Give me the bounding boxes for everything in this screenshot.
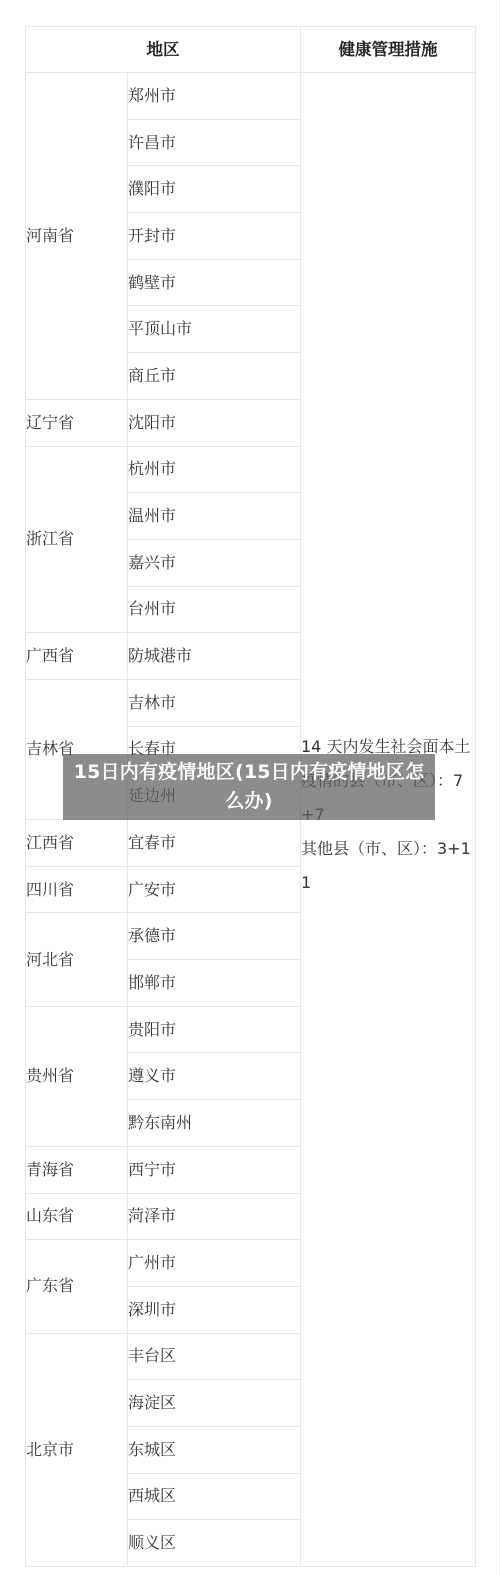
province-cell: 广西省 xyxy=(26,633,128,680)
city-cell: 温州市 xyxy=(128,493,301,540)
city-cell: 台州市 xyxy=(128,586,301,633)
province-cell: 浙江省 xyxy=(26,446,128,633)
table-header-row: 地区 健康管理措施 xyxy=(26,27,476,73)
province-cell: 江西省 xyxy=(26,820,128,867)
city-cell: 嘉兴市 xyxy=(128,539,301,586)
province-cell: 北京市 xyxy=(26,1333,128,1566)
city-cell: 宜春市 xyxy=(128,820,301,867)
city-cell: 平顶山市 xyxy=(128,306,301,353)
city-cell: 濮阳市 xyxy=(128,166,301,213)
city-cell: 丰台区 xyxy=(128,1333,301,1380)
city-cell: 贵阳市 xyxy=(128,1006,301,1053)
city-cell: 遵义市 xyxy=(128,1053,301,1100)
city-cell: 许昌市 xyxy=(128,119,301,166)
city-cell: 深圳市 xyxy=(128,1286,301,1333)
header-measures: 健康管理措施 xyxy=(301,27,476,73)
city-cell: 海淀区 xyxy=(128,1380,301,1427)
province-cell: 山东省 xyxy=(26,1193,128,1240)
city-cell: 西宁市 xyxy=(128,1146,301,1193)
city-cell: 广州市 xyxy=(128,1240,301,1287)
city-cell: 郑州市 xyxy=(128,73,301,120)
city-cell: 菏泽市 xyxy=(128,1193,301,1240)
table-row: 河南省郑州市14 天内发生社会面本土疫情的县（市、区）：7+7 其他县（市、区）… xyxy=(26,73,476,120)
province-cell: 四川省 xyxy=(26,866,128,913)
city-cell: 黔东南州 xyxy=(128,1100,301,1147)
city-cell: 广安市 xyxy=(128,866,301,913)
city-cell: 顺义区 xyxy=(128,1520,301,1567)
city-cell: 杭州市 xyxy=(128,446,301,493)
city-cell: 吉林市 xyxy=(128,679,301,726)
province-cell: 青海省 xyxy=(26,1146,128,1193)
city-cell: 沈阳市 xyxy=(128,399,301,446)
province-cell: 河北省 xyxy=(26,913,128,1006)
city-cell: 西城区 xyxy=(128,1473,301,1520)
city-cell: 承德市 xyxy=(128,913,301,960)
province-cell: 贵州省 xyxy=(26,1006,128,1146)
city-cell: 邯郸市 xyxy=(128,960,301,1007)
city-cell: 鹤壁市 xyxy=(128,259,301,306)
city-cell: 东城区 xyxy=(128,1426,301,1473)
city-cell: 防城港市 xyxy=(128,633,301,680)
city-cell: 开封市 xyxy=(128,213,301,260)
province-cell: 河南省 xyxy=(26,73,128,400)
province-cell: 辽宁省 xyxy=(26,399,128,446)
header-region: 地区 xyxy=(26,27,301,73)
title-overlay-banner: 15日内有疫情地区(15日内有疫情地区怎么办) xyxy=(63,754,435,820)
province-cell: 广东省 xyxy=(26,1240,128,1333)
city-cell: 商丘市 xyxy=(128,353,301,400)
